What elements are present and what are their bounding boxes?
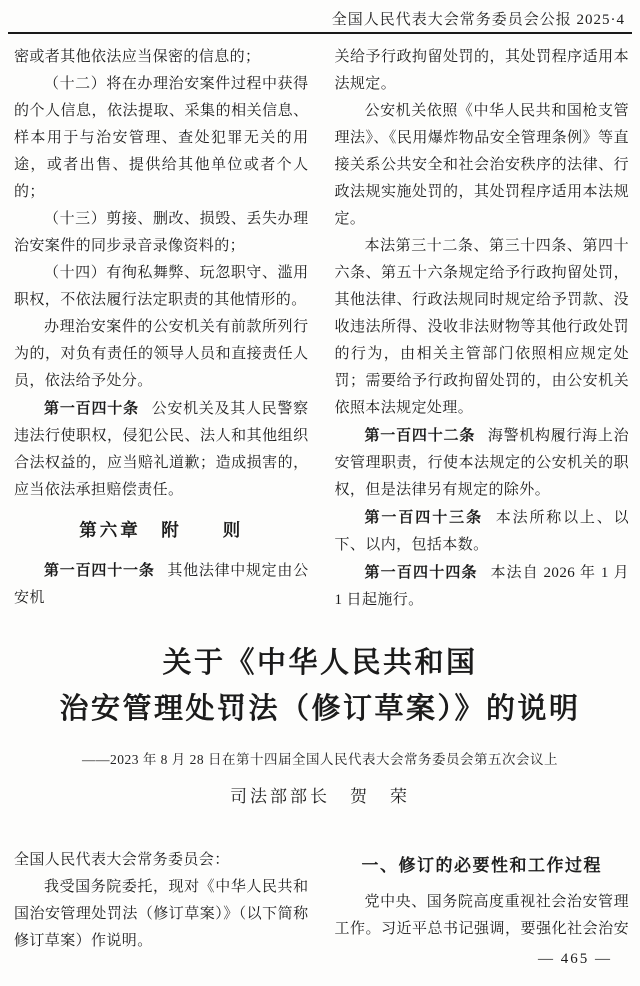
paragraph-item-13: （十三）剪接、删改、损毁、丢失办理治安案件的同步录音录像资料的； <box>14 206 309 260</box>
explanation-author: 司法部部长 贺 荣 <box>0 782 640 807</box>
paragraph-clause: 办理治安案件的公安机关有前款所列行为的，对负有责任的领导人员和直接责任人员，依法… <box>14 314 309 395</box>
paragraph-item-12: （十二）将在办理治安案件过程中获得的个人信息，依法提取、采集的相关信息、样本用于… <box>14 71 309 206</box>
article-143-number: 第一百四十三条 <box>365 509 484 526</box>
explanation-body-section: 全国人民代表大会常务委员会： 我受国务院委托，现对《中华人民共和国治安管理处罚法… <box>14 847 629 955</box>
article-140: 第一百四十条公安机关及其人民警察违法行使职权，侵犯公民、法人和其他组织合法权益的… <box>14 395 309 504</box>
gazette-title: 全国人民代表大会常务委员会公报 2025·4 <box>332 12 625 28</box>
header-rule <box>8 32 632 34</box>
paragraph-continuation: 关给予行政拘留处罚的，其处罚程序适用本法规定。 <box>335 44 630 98</box>
gazette-header: 全国人民代表大会常务委员会公报 2025·4 <box>14 8 625 29</box>
article-144: 第一百四十四条本法自 2026 年 1 月 1 日起施行。 <box>335 559 630 614</box>
paragraph-clause: 本法第三十二条、第三十四条、第四十六条、第五十六条规定给予行政拘留处罚，其他法律… <box>335 233 630 422</box>
article-142: 第一百四十二条海警机构履行海上治安管理职责，行使本法规定的公安机关的职权，但是法… <box>335 422 630 504</box>
explanation-right-column: 一、修订的必要性和工作过程 党中央、国务院高度重视社会治安管理工作。习近平总书记… <box>335 847 630 955</box>
explanation-subtitle: ——2023 年 8 月 28 日在第十四届全国人民代表大会常务委员会第五次会议… <box>0 748 640 768</box>
article-140-number: 第一百四十条 <box>44 400 139 417</box>
law-right-column: 关给予行政拘留处罚的，其处罚程序适用本法规定。 公安机关依照《中华人民共和国枪支… <box>335 44 630 614</box>
article-141: 第一百四十一条其他法律中规定由公安机 <box>14 557 309 612</box>
article-141-number: 第一百四十一条 <box>44 562 155 579</box>
explanation-left-column: 全国人民代表大会常务委员会： 我受国务院委托，现对《中华人民共和国治安管理处罚法… <box>14 847 309 955</box>
paragraph-section1: 党中央、国务院高度重视社会治安管理工作。习近平总书记强调，要强化社会治安整体防 <box>335 889 630 943</box>
paragraph-item-14: （十四）有徇私舞弊、玩忽职守、滥用职权，不依法履行法定职责的其他情形的。 <box>14 260 309 314</box>
paragraph-intro: 我受国务院委托，现对《中华人民共和国治安管理处罚法（修订草案）》（以下简称修订草… <box>14 874 309 955</box>
article-144-number: 第一百四十四条 <box>365 564 478 581</box>
explanation-title-line1: 关于《中华人民共和国 <box>162 647 477 679</box>
article-142-number: 第一百四十二条 <box>365 427 476 444</box>
law-text-section: 密或者其他依法应当保密的信息的； （十二）将在办理治安案件过程中获得的个人信息，… <box>14 44 629 614</box>
gazette-page: 全国人民代表大会常务委员会公报 2025·4 密或者其他依法应当保密的信息的； … <box>0 0 640 986</box>
explanation-title-block: 关于《中华人民共和国治安管理处罚法（修订草案）》的说明 ——2023 年 8 月… <box>0 640 640 807</box>
paragraph-clause: 公安机关依照《中华人民共和国枪支管理法》、《民用爆炸物品安全管理条例》等直接关系… <box>335 98 630 233</box>
explanation-title-line2: 治安管理处罚法（修订草案）》的说明 <box>59 693 580 725</box>
section-1-heading: 一、修订的必要性和工作过程 <box>335 852 630 879</box>
law-left-column: 密或者其他依法应当保密的信息的； （十二）将在办理治安案件过程中获得的个人信息，… <box>14 44 309 614</box>
salutation: 全国人民代表大会常务委员会： <box>14 847 309 874</box>
paragraph-continuation: 密或者其他依法应当保密的信息的； <box>14 44 309 71</box>
chapter-6-heading: 第六章 附 则 <box>14 517 309 544</box>
page-number: — 465 — <box>532 951 612 968</box>
article-143: 第一百四十三条本法所称以上、以下、以内，包括本数。 <box>335 504 630 559</box>
explanation-title: 关于《中华人民共和国治安管理处罚法（修订草案）》的说明 <box>0 640 640 732</box>
